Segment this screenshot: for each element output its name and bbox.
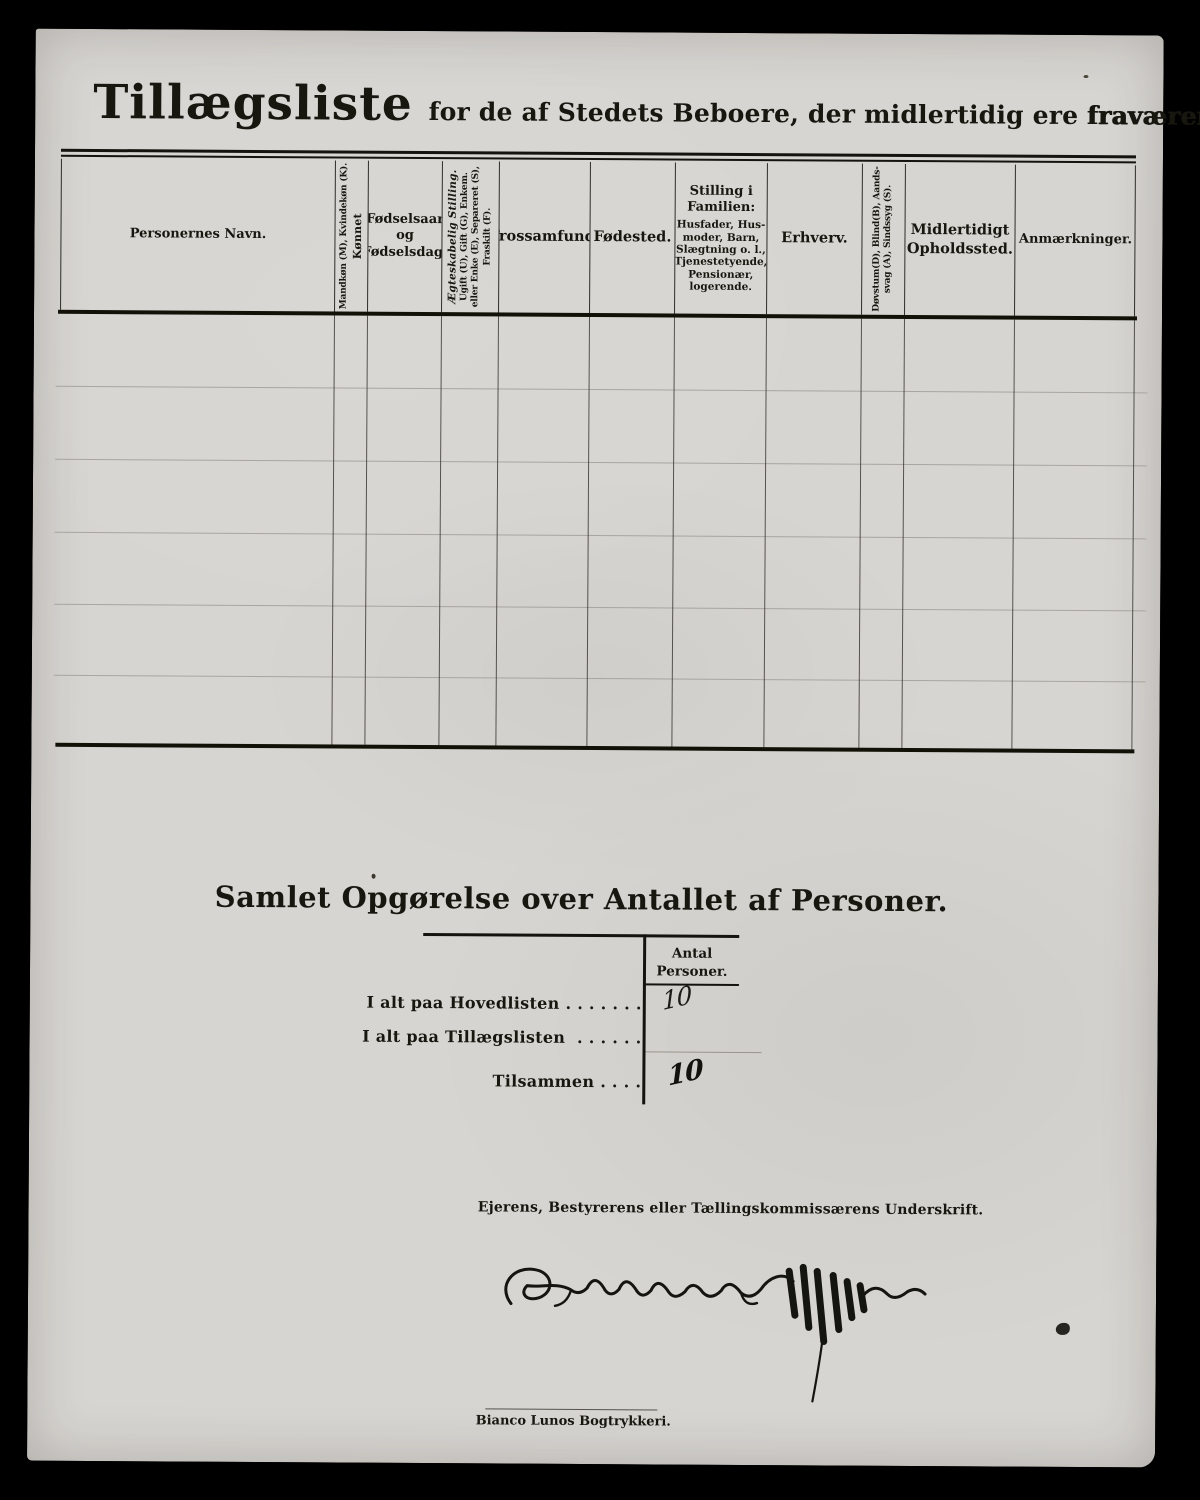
empty-table-cell — [365, 530, 439, 602]
empty-table-cell — [766, 318, 861, 390]
column-header-aegteskabelig-stilling: Ægteskabelig Stilling. Ugift (U), Gift (… — [441, 161, 499, 312]
column-header-fodselsaar: Fødselsaar og Fødselsdag. — [367, 161, 442, 312]
empty-table-cell — [764, 604, 859, 676]
empty-table-cell — [673, 389, 765, 461]
signature-handwriting — [482, 1241, 933, 1414]
empty-table-cell — [902, 533, 1012, 605]
empty-table-cell — [763, 676, 858, 748]
empty-table-cell — [904, 319, 1014, 391]
column-header-label: Trossamfund. — [498, 228, 590, 247]
column-header-fodested: Fødested. — [589, 162, 675, 314]
column-header-label: Midlertidigt Opholdssted. — [907, 221, 1013, 258]
empty-table-cell — [858, 676, 901, 748]
empty-table-cell — [366, 459, 440, 531]
signature-caption: Ejerens, Bestyrerens eller Tællingskommi… — [431, 1199, 1031, 1219]
summary-table-top-rule — [423, 933, 739, 938]
empty-table-cell — [59, 385, 333, 458]
column-header-erhverv: Erhverv. — [766, 163, 862, 315]
empty-table-cell — [764, 533, 859, 605]
paper-sheet: Tillægsliste for de af Stedets Beboere, … — [27, 29, 1164, 1468]
column-header-personernes-navn: Personernes Navn. — [60, 159, 335, 312]
empty-table-cell — [58, 600, 332, 673]
empty-table-cell — [334, 315, 367, 387]
empty-table-cell — [496, 531, 587, 603]
empty-table-cell — [439, 602, 496, 674]
empty-table-cell — [861, 319, 904, 391]
empty-table-cell — [859, 605, 902, 677]
summary-row-label-hovedlisten: I alt paa Hovedlisten . . . . . . . — [230, 992, 642, 1014]
column-header-stilling-i-familien: Stilling i Familien: Husfader, Hus- mode… — [674, 163, 767, 315]
empty-table-cell — [1012, 606, 1133, 678]
page-header: Tillægsliste for de af Stedets Beboere, … — [93, 75, 1200, 137]
empty-table-cell — [860, 390, 903, 462]
column-header-sublabel: Mandkøn (M), Kvindekøn (K). — [338, 163, 350, 309]
empty-table-cell — [903, 462, 1013, 534]
empty-table-cell — [58, 528, 332, 601]
empty-table-cell — [367, 316, 441, 388]
page-subtitle-emphasis: fraværende. — [1087, 101, 1200, 131]
column-header-label: Stilling i Familien: — [687, 183, 755, 216]
empty-table-cell — [57, 671, 331, 744]
page-subtitle-text: for de af Stedets Beboere, der midlertid… — [429, 97, 1079, 130]
empty-table-cell — [589, 317, 674, 389]
column-header-konnet: Mandkøn (M), Kvindekøn (K). Kønnet — [334, 160, 368, 311]
empty-table-cell — [673, 461, 765, 533]
empty-table-cell — [333, 458, 366, 530]
table-body-grid — [57, 314, 1135, 750]
empty-table-cell — [332, 530, 365, 602]
column-header-label: Kønnet — [351, 213, 364, 259]
column-header-label: Døvstum(D), Blind(B), Aands- svag (A), S… — [872, 167, 895, 313]
empty-table-cell — [588, 460, 673, 532]
empty-table-cell — [587, 603, 672, 675]
printer-credit: Bianco Lunos Bogtrykkeri. — [423, 1413, 723, 1430]
empty-table-cell — [497, 388, 588, 460]
empty-table-cell — [672, 532, 764, 604]
empty-table-cell — [1011, 677, 1132, 749]
empty-table-cell — [586, 675, 671, 747]
summary-row-label-tillaegslisten: I alt paa Tillægslisten . . . . . . — [230, 1026, 642, 1048]
column-header-anmaerkninger: Anmærkninger. — [1014, 165, 1136, 317]
column-header-label: Erhverv. — [781, 230, 848, 249]
column-header-label: Fødselsaar og Fødselsdag. — [367, 212, 442, 261]
empty-table-cell — [495, 674, 586, 746]
empty-table-cell — [1014, 320, 1135, 392]
empty-table-cell — [441, 316, 498, 388]
empty-table-cell — [498, 316, 589, 388]
empty-table-cell — [364, 673, 438, 745]
empty-table-cell — [60, 314, 334, 387]
column-header-label: Fødested. — [594, 228, 672, 247]
empty-table-cell — [902, 605, 1012, 677]
empty-table-cell — [333, 387, 366, 459]
column-header-sublabel: Ugift (U), Gift (G), Enkem. eller Enke (… — [460, 166, 495, 307]
summary-column-header-rule — [644, 983, 739, 986]
empty-table-cell — [496, 602, 587, 674]
summary-value-underline — [646, 1051, 762, 1053]
rotated-header-text: Døvstum(D), Blind(B), Aands- svag (A), S… — [872, 167, 895, 313]
empty-table-cell — [901, 676, 1011, 748]
empty-table-cell — [587, 532, 672, 604]
empty-table-cell — [672, 604, 764, 676]
census-table-header-row: Personernes Navn. Mandkøn (M), Kvindekøn… — [60, 159, 1136, 317]
page-title: Tillægsliste — [93, 75, 413, 132]
empty-table-cell — [365, 602, 439, 674]
empty-table-cell — [1013, 391, 1134, 463]
empty-table-cell — [903, 390, 1013, 462]
empty-table-cell — [366, 387, 440, 459]
summary-row-label-tilsammen: Tilsammen . . . . — [229, 1070, 641, 1092]
column-header-sublabel: Husfader, Hus- moder, Barn, Slægtning o.… — [674, 219, 767, 294]
empty-table-cell — [588, 389, 673, 461]
column-header-label: Ægteskabelig Stilling. — [447, 170, 460, 304]
empty-table-cell — [438, 674, 495, 746]
empty-table-cell — [674, 318, 766, 390]
empty-table-cell — [440, 459, 497, 531]
dust-speck — [1083, 75, 1088, 78]
empty-table-cell — [331, 673, 364, 745]
empty-table-cell — [859, 533, 902, 605]
empty-table-cell — [439, 531, 496, 603]
page-subtitle: for de af Stedets Beboere, der midlertid… — [429, 97, 1200, 131]
rotated-header-text: Mandkøn (M), Kvindekøn (K). Kønnet — [338, 163, 364, 309]
empty-table-cell — [497, 459, 588, 531]
column-header-label: Personernes Navn. — [130, 227, 267, 244]
column-header-trossamfund: Trossamfund. — [498, 161, 590, 313]
column-header-label: Anmærkninger. — [1019, 232, 1132, 249]
empty-table-cell — [765, 461, 860, 533]
summary-title: Samlet Opgørelse over Antallet af Person… — [30, 879, 1132, 920]
handwritten-count-tilsammen: 10 — [667, 1053, 703, 1092]
summary-column-header: Antal Personer. — [646, 944, 738, 981]
empty-table-cell — [860, 462, 903, 534]
empty-table-cell — [332, 601, 365, 673]
empty-table-cell — [1013, 463, 1134, 535]
handwritten-count-hovedlisten: 10 — [662, 980, 692, 1016]
empty-table-cell — [1012, 534, 1133, 606]
empty-table-cell — [59, 457, 333, 530]
empty-table-cell — [671, 675, 763, 747]
dust-speck — [372, 874, 376, 879]
column-header-midlertidigt-opholdssted: Midlertidigt Opholdssted. — [904, 164, 1015, 316]
empty-table-cell — [765, 390, 860, 462]
empty-table-cell — [440, 388, 497, 460]
rotated-header-text: Ægteskabelig Stilling. Ugift (U), Gift (… — [447, 166, 495, 307]
ink-blot-mark — [1056, 1323, 1070, 1335]
column-header-dovstum-blind: Døvstum(D), Blind(B), Aands- svag (A), S… — [861, 164, 905, 315]
